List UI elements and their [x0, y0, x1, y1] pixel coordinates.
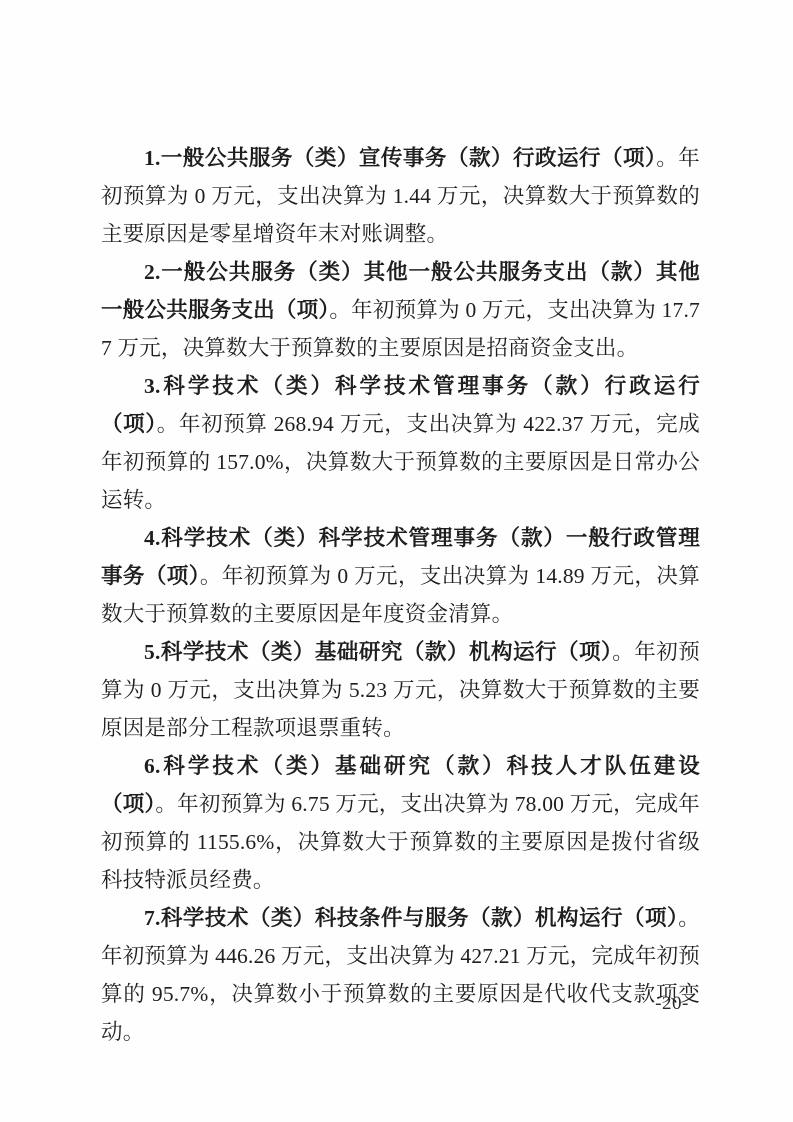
budget-item-1-heading: 1.一般公共服务（类）宣传事务（款）行政运行（项）	[144, 146, 656, 170]
page-number: -20-	[646, 992, 698, 1016]
budget-item-5-heading: 5.科学技术（类）基础研究（款）机构运行（项）	[144, 640, 612, 664]
document-body: 1.一般公共服务（类）宣传事务（款）行政运行（项）。年初预算为 0 万元，支出决…	[101, 139, 700, 1051]
budget-item-paragraph-1: 1.一般公共服务（类）宣传事务（款）行政运行（项）。年初预算为 0 万元，支出决…	[101, 139, 700, 253]
budget-item-paragraph-3: 3.科学技术（类）科学技术管理事务（款）行政运行（项）。年初预算 268.94 …	[101, 367, 700, 519]
budget-item-paragraph-2: 2.一般公共服务（类）其他一般公共服务支出（款）其他一般公共服务支出（项）。年初…	[101, 253, 700, 367]
budget-item-paragraph-5: 5.科学技术（类）基础研究（款）机构运行（项）。年初预算为 0 万元，支出决算为…	[101, 633, 700, 747]
budget-item-3-body: 。年初预算 268.94 万元，支出决算为 422.37 万元，完成年初预算的 …	[101, 412, 700, 512]
budget-item-paragraph-4: 4.科学技术（类）科学技术管理事务（款）一般行政管理事务（项）。年初预算为 0 …	[101, 519, 700, 633]
budget-item-paragraph-6: 6.科学技术（类）基础研究（款）科技人才队伍建设（项）。年初预算为 6.75 万…	[101, 747, 700, 899]
budget-item-6-body: 。年初预算为 6.75 万元，支出决算为 78.00 万元，完成年初预算的 11…	[101, 792, 700, 892]
budget-item-paragraph-7: 7.科学技术（类）科技条件与服务（款）机构运行（项）。年初预算为 446.26 …	[101, 899, 700, 1051]
document-page: 1.一般公共服务（类）宣传事务（款）行政运行（项）。年初预算为 0 万元，支出决…	[0, 0, 793, 1122]
budget-item-7-heading: 7.科学技术（类）科技条件与服务（款）机构运行（项）	[144, 906, 678, 930]
